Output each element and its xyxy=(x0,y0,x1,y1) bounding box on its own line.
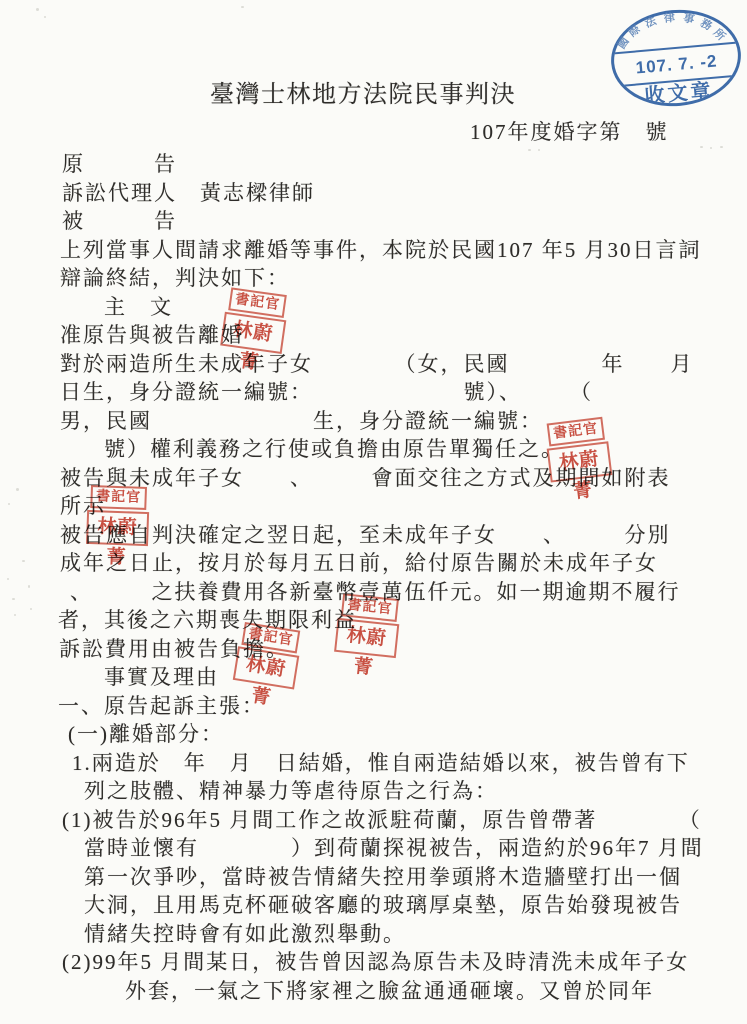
case-number: 107年度婚字第 號 xyxy=(470,116,669,146)
judgment-line: 外套，一氣之下將家裡之臉盆通通砸壞。又曾於同年 xyxy=(125,977,654,1005)
judgment-line: 對於兩造所生未成年子女 （女，民國 年 月 xyxy=(60,350,694,378)
clerk-seal-name: 林蔚菁 xyxy=(233,646,300,689)
judgment-line: 辯論終結，判決如下： xyxy=(60,264,290,292)
judgment-line: 准原告與被告離婚 xyxy=(60,321,244,349)
document-title: 臺灣士林地方法院民事判決 xyxy=(210,74,516,109)
clerk-seal-stamp: 書記官 林蔚菁 xyxy=(220,287,290,354)
clerk-seal-stamp: 書記官 林蔚菁 xyxy=(544,416,613,482)
clerk-seal-name: 林蔚菁 xyxy=(334,618,399,658)
line-facts-header: 事實及理由 xyxy=(104,663,219,691)
clerk-seal-title: 書記官 xyxy=(341,593,399,622)
court-judgment-document: 臺灣士林地方法院民事判決 107年度婚字第 號 原 告 訴訟代理人 黃志樑律師 … xyxy=(0,0,747,1024)
judgment-line: 日生，身分證統一編號： 號）、 （ xyxy=(60,378,593,406)
judgment-line: 成年之日止，按月於每月五日前，給付原告關於未成年子女 xyxy=(60,549,658,577)
line-defendant: 被 告 xyxy=(62,207,177,235)
judgment-line: 男，民國 生，身分證統一編號： xyxy=(60,407,543,435)
judgment-line: 號）權利義務之行使或負擔由原告單獨任之。 xyxy=(104,435,564,463)
judgment-line: 者，其後之六期喪失期限利益 xyxy=(58,606,357,634)
clerk-seal-stamp: 書記官 林蔚菁 xyxy=(334,593,402,658)
judgment-line: (2)99年5 月間某日，被告曾因認為原告未及時清洗未成年子女 xyxy=(62,948,689,976)
judgment-line: 一、原告起訴主張： xyxy=(58,692,265,720)
judgment-line: 當時並懷有 ）到荷蘭探視被告，兩造約於96年7 月間 xyxy=(84,834,704,862)
clerk-seal-title: 書記官 xyxy=(90,485,147,510)
judgment-line: 第一次爭吵，當時被告情緒失控用拳頭將木造牆壁打出一個 xyxy=(84,863,682,891)
judgment-line: 1.兩造於 年 月 日結婚，惟自兩造結婚以來，被告曾有下 xyxy=(72,749,690,777)
line-attorney: 訴訟代理人 黃志樑律師 xyxy=(62,179,315,207)
judgment-line: 大洞，且用馬克杯砸破客廳的玻璃厚桌墊，原告始發現被告 xyxy=(84,891,682,919)
judgment-line: 列之肢體、精神暴力等虐待原告之行為： xyxy=(84,777,498,805)
judgment-line: 上列當事人間請求離婚等事件，本院於民國107 年5 月30日言詞 xyxy=(60,236,702,264)
judgment-line: 被告應自判決確定之翌日起，至未成年子女 、 分別 xyxy=(60,521,671,549)
clerk-seal-stamp: 書記官 林蔚菁 xyxy=(86,485,150,546)
line-main-text-header: 主 文 xyxy=(104,293,173,321)
received-date-stamp: 107. 7. -2 收文章 國際法律事務所 xyxy=(607,5,745,112)
judgment-line: (1)被告於96年5 月間工作之故派駐荷蘭，原告曾帶著 （ xyxy=(62,806,702,834)
line-plaintiff: 原 告 xyxy=(62,150,177,178)
clerk-seal-stamp: 書記官 林蔚菁 xyxy=(233,622,303,690)
clerk-seal-name: 林蔚菁 xyxy=(86,510,149,546)
judgment-line: 情緒失控時會有如此激烈舉動。 xyxy=(84,920,406,948)
judgment-line: (一)離婚部分： xyxy=(68,720,224,748)
